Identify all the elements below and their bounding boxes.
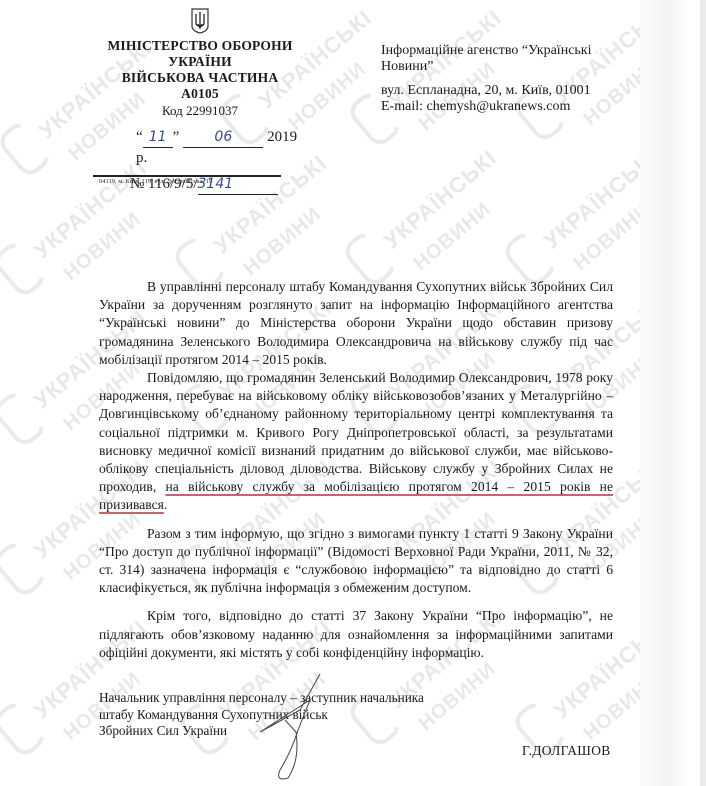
recipient-name-cont: Новини” — [381, 59, 641, 75]
letterhead-divider — [93, 175, 281, 177]
watermark-logo-icon — [0, 238, 49, 300]
recipient-block: Інформаційне агенство “Українські Новини… — [381, 43, 641, 115]
date-month-handwritten: 06 — [183, 127, 263, 148]
paragraph-2: Повідомляю, що громадянин Зеленський Вол… — [99, 369, 613, 515]
org-name-line: МІНІСТЕРСТВО ОБОРОНИ — [100, 38, 300, 54]
viewer-side-strip — [700, 0, 706, 786]
letterhead: МІНІСТЕРСТВО ОБОРОНИ УКРАЇНИ ВІЙСЬКОВА Ч… — [100, 8, 300, 195]
date-day-handwritten: 11 — [143, 127, 173, 148]
watermark-logo-icon — [0, 698, 49, 760]
watermark-logo-icon — [0, 388, 49, 450]
letter-body: В управлінні персоналу штабу Командуванн… — [99, 278, 613, 662]
org-name-line: УКРАЇНИ — [100, 54, 300, 70]
paragraph-4: Крім того, відповідно до статті 37 Закон… — [99, 607, 613, 662]
org-name-line: ВІЙСЬКОВА ЧАСТИНА — [100, 70, 300, 86]
org-code: Код 22991037 — [100, 103, 300, 119]
recipient-name: Інформаційне агенство “Українські — [381, 43, 641, 59]
paragraph-3: Разом з тим інформую, що згідно з вимога… — [99, 525, 613, 598]
handwritten-signature — [230, 670, 330, 786]
page-edge-shadow — [640, 0, 690, 786]
signatory-name: Г.ДОЛГАШОВ — [522, 743, 611, 759]
watermark-logo-icon — [0, 538, 49, 600]
org-unit-code: А0105 — [100, 86, 300, 102]
document-page: УКРАЇНСЬКІНОВИНИ УКРАЇНСЬКІНОВИНИ УКРАЇН… — [0, 0, 690, 786]
sender-address: 04119, м. Київ, 119, вул. Дегтярівська, … — [99, 178, 212, 185]
paragraph-1: В управлінні персоналу штабу Командуванн… — [99, 278, 613, 369]
trident-coat-of-arms-icon — [191, 8, 209, 34]
watermark-logo-icon — [0, 118, 54, 180]
recipient-address: вул. Еспланадна, 20, м. Київ, 01001 — [381, 83, 641, 99]
highlighted-statement: на військову службу за мобілізацією прот… — [99, 479, 613, 512]
recipient-email: E-mail: chemysh@ukranews.com — [381, 99, 641, 115]
document-date: “11”06 2019 р. — [100, 127, 300, 168]
